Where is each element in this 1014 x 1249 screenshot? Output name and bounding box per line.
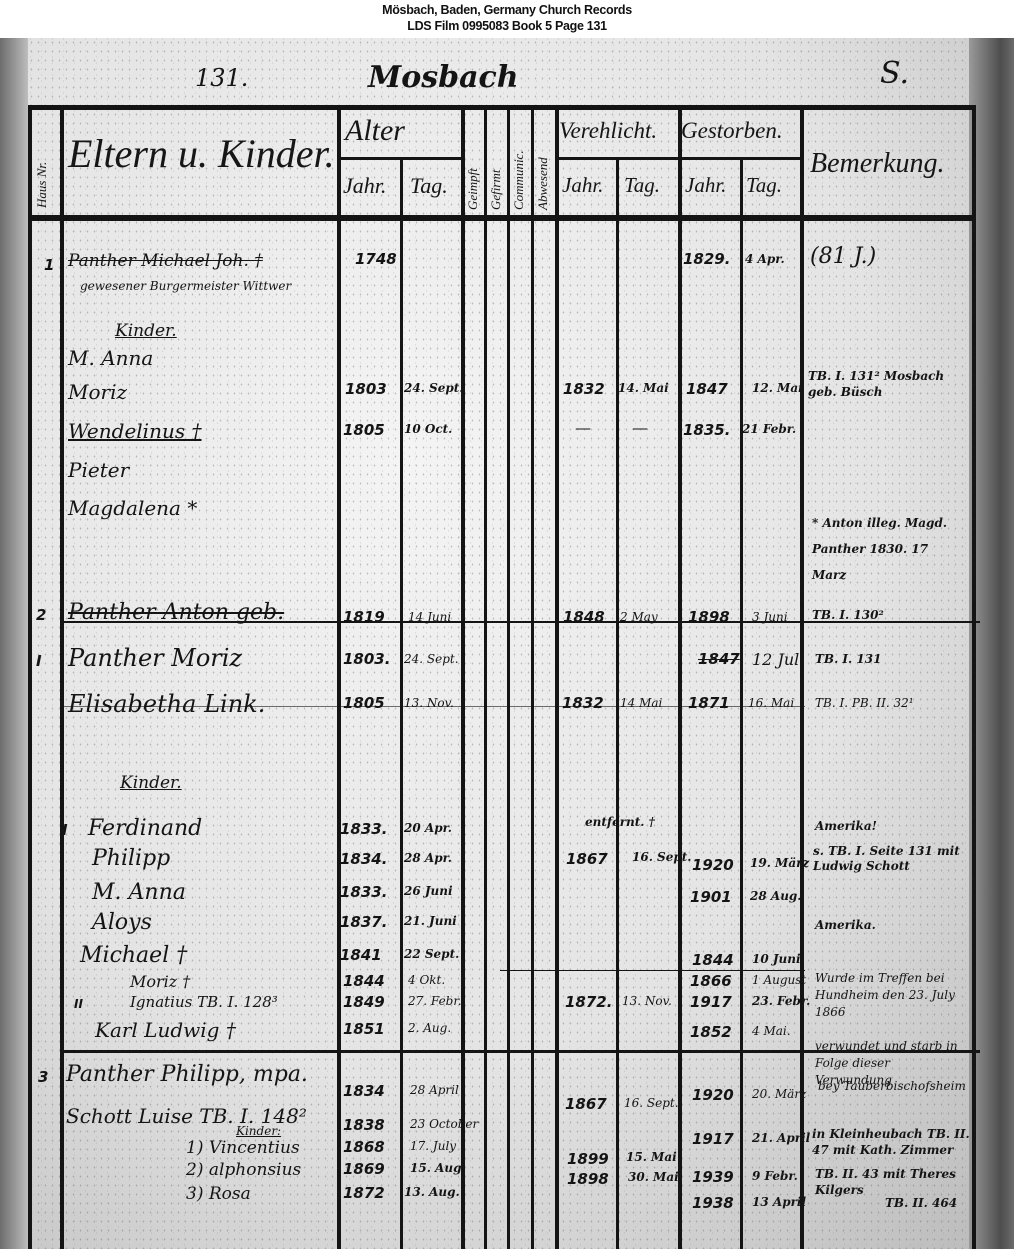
entry-name: Moriz † — [130, 972, 190, 991]
birth-day: 22 Sept. — [404, 947, 459, 961]
col-border-gest-jahr — [740, 157, 743, 1249]
married-year: 1898 — [567, 1170, 609, 1188]
entry-name: Moriz — [68, 380, 127, 404]
birth-year: 1844 — [343, 972, 385, 990]
remark: Wurde im Treffen bei Hundheim den 23. Ju… — [815, 970, 965, 1021]
haus-number-3: 3 — [38, 1068, 48, 1086]
row-line — [500, 970, 805, 971]
header-geimpft: Geimpft — [465, 168, 481, 210]
entry-name: M. Anna — [68, 346, 153, 370]
birth-day: 13. Nov. — [404, 696, 454, 710]
header-gest-tag: Tag. — [746, 173, 782, 198]
header-alter-jahr: Jahr. — [343, 173, 386, 199]
married-day: 16. Sept. — [624, 1096, 679, 1110]
birth-year: 1838 — [343, 1116, 385, 1134]
death-year: 1898 — [688, 608, 730, 626]
col-border-left — [28, 105, 32, 1249]
kinder-heading: Kinder. — [120, 773, 182, 793]
birth-year: 1833. — [340, 820, 387, 838]
place-name: Mosbach — [368, 60, 519, 95]
death-year: 1901 — [690, 888, 732, 906]
death-day: 20. März — [752, 1087, 806, 1101]
entry-name: Aloys — [92, 910, 152, 935]
married-year: 1867 — [565, 1095, 607, 1113]
remark: TB. II. 43 mit Theres Kilgers — [815, 1166, 970, 1198]
entry-note: gewesener Burgermeister Wittwer — [80, 279, 291, 293]
remark: in Kleinheubach TB. II. 47 mit Kath. Zim… — [812, 1126, 972, 1158]
death-day: 9 Febr. — [752, 1169, 798, 1183]
header-verehlicht: Verehlicht. — [559, 118, 657, 144]
birth-day: 26 Juni — [404, 884, 453, 898]
remark: s. TB. I. Seite 131 mit Ludwig Schott — [813, 844, 973, 874]
married-year: 1832 — [563, 380, 605, 398]
entry-name: Panther Anton geb. — [68, 600, 284, 625]
death-day: 1 August — [752, 973, 806, 987]
page-number: 131. — [195, 64, 248, 92]
col-border-geimpft — [484, 105, 487, 1249]
married-year: 1832 — [562, 694, 604, 712]
entry-name: M. Anna — [92, 880, 186, 905]
birth-year: 1868 — [343, 1138, 385, 1156]
birth-day: 14 Juni — [408, 610, 451, 624]
haus-number-2: 2 — [36, 606, 46, 624]
col-border-verehl-jahr — [616, 157, 619, 1249]
death-day: 21 Febr. — [742, 422, 796, 436]
birth-day: 21. Juni — [404, 914, 457, 928]
col-border-gest — [800, 105, 804, 1249]
death-year: 1835. — [683, 421, 730, 439]
remark: * Anton illeg. Magd. Panther 1830. 17 Ma… — [812, 510, 962, 588]
death-year: 1866 — [690, 972, 732, 990]
col-border-abwesend — [555, 105, 559, 1249]
header-bemerkung: Bemerkung. — [810, 148, 945, 180]
generation-marker: II — [74, 997, 83, 1011]
death-year: 1917 — [690, 993, 732, 1011]
entry-name: Ferdinand — [88, 816, 202, 841]
header-abwesend: Abwesend — [535, 157, 551, 210]
birth-day: 28 April — [410, 1083, 459, 1097]
death-year: 1847 — [686, 380, 728, 398]
birth-year: 1841 — [340, 946, 382, 964]
entry-name: Panther Michael Joh. † — [68, 251, 263, 271]
death-day: 3 Juni — [752, 610, 788, 624]
entry-name: Michael † — [80, 943, 187, 968]
header-verehl-tag: Tag. — [624, 173, 660, 198]
haus-number-1: 1 — [44, 256, 54, 274]
table-top-border — [28, 105, 976, 110]
header-eltern-kinder: Eltern u. Kinder. — [68, 130, 335, 177]
entry-name: Elisabetha Link. — [68, 690, 265, 718]
death-year: 1920 — [692, 1086, 734, 1104]
register-page: 131. Mosbach S. Haus Nr. Eltern u. Kinde… — [0, 38, 1014, 1249]
death-day: 28 Aug. — [750, 889, 801, 903]
col-border-verehl — [678, 105, 682, 1249]
married-day: 14. Mai — [618, 381, 669, 395]
married-year: 1872. — [565, 993, 612, 1011]
death-day: 4 Mai. — [752, 1024, 791, 1038]
header-verehl-jahr: Jahr. — [562, 173, 603, 198]
remark: TB. I. PB. II. 32¹ — [815, 696, 914, 710]
corner-mark: S. — [880, 56, 909, 91]
death-day: 23. Febr. — [752, 994, 810, 1008]
col-border-communic — [531, 105, 534, 1249]
kinder-heading: Kinder: — [236, 1124, 281, 1138]
birth-day: 24. Sept. — [404, 652, 459, 666]
birth-year: 1872 — [343, 1184, 385, 1202]
entry-name: Panther Moriz — [68, 644, 242, 672]
married-day: 30. Mai — [628, 1170, 679, 1184]
married-year: 1848 — [563, 608, 605, 626]
death-day: 12. Mai — [752, 381, 803, 395]
birth-year: 1805 — [343, 694, 385, 712]
header-bottom-border — [28, 215, 976, 221]
entry-name: 3) Rosa — [186, 1184, 251, 1204]
remark: TB. I. 131² Mosbach geb. Büsch — [808, 368, 973, 400]
header-communic: Communic. — [511, 150, 527, 210]
generation-marker: I — [36, 652, 42, 670]
birth-year: 1833. — [340, 883, 387, 901]
married-year: 1899 — [567, 1150, 609, 1168]
birth-day: 10 Oct. — [404, 422, 452, 436]
entry-name: Karl Ludwig † — [95, 1018, 236, 1042]
remark: TB. II. 464 — [885, 1196, 957, 1210]
birth-year: 1834. — [340, 850, 387, 868]
death-day: 16. Mai — [748, 696, 794, 710]
col-border-names — [337, 105, 341, 1249]
birth-year: 1805 — [343, 421, 385, 439]
birth-year: 1837. — [340, 913, 387, 931]
birth-day: 17. July — [410, 1139, 456, 1153]
generation-marker: I — [62, 821, 68, 839]
death-year: 1939 — [692, 1168, 734, 1186]
death-year: 1852 — [690, 1023, 732, 1041]
birth-day: 13. Aug. — [404, 1185, 460, 1199]
col-border-alter — [461, 105, 465, 1249]
married-year: 1867 — [566, 850, 608, 868]
remark: Amerika. — [815, 918, 876, 932]
birth-year: 1819 — [343, 608, 385, 626]
remark: TB. I. 130² — [812, 608, 884, 622]
birth-day: 20 Apr. — [404, 821, 452, 835]
birth-year: 1803. — [343, 650, 390, 668]
remark: (81 J.) — [810, 244, 876, 269]
death-year: 1920 — [692, 856, 734, 874]
death-year: 1917 — [692, 1130, 734, 1148]
married-day: 16. Sept. — [632, 850, 691, 864]
birth-day: 27. Febr. — [408, 994, 462, 1008]
married-year: — — [575, 418, 591, 437]
header-haus-nr: Haus Nr. — [34, 162, 50, 208]
birth-year: 1748 — [355, 250, 397, 268]
birth-year: 1834 — [343, 1082, 385, 1100]
col-border-alter-jahr — [400, 157, 403, 1249]
married-day: 2 May — [620, 610, 658, 624]
col-border-gefirmt — [507, 105, 510, 1249]
birth-day: 28 Apr. — [404, 851, 452, 865]
death-day: 10 Juni — [752, 952, 801, 966]
entry-name: Philipp — [92, 846, 170, 871]
death-day: 21. April — [752, 1131, 810, 1145]
entry-name: Wendelinus † — [68, 419, 201, 443]
birth-day: 24. Sept. — [404, 381, 463, 395]
remark: Amerika! — [815, 819, 877, 833]
death-year: 1871 — [688, 694, 730, 712]
married-day: — — [632, 418, 648, 437]
death-year: 1847 — [698, 650, 740, 668]
death-day: 13 April — [752, 1195, 806, 1209]
entry-name: 2) alphonsius — [186, 1160, 301, 1180]
entry-name: Pieter — [68, 458, 129, 482]
birth-day: 4 Okt. — [408, 973, 445, 987]
birth-day: 15. Aug. — [410, 1161, 466, 1175]
page-left-edge — [0, 38, 28, 1249]
entry-name: Ignatius TB. I. 128³ — [130, 993, 278, 1011]
header-gestorben: Gestorben. — [681, 118, 783, 144]
header-alter: Alter — [345, 114, 405, 148]
header-alter-tag: Tag. — [410, 173, 448, 199]
entfernt-note: entfernt. † — [585, 815, 655, 829]
married-day: 15. Mai — [626, 1150, 677, 1164]
married-day: 13. Nov. — [622, 994, 672, 1008]
col-border-right — [972, 105, 976, 1249]
death-day: 12 Jul. — [752, 650, 804, 669]
entry-name: Magdalena * — [68, 496, 197, 520]
birth-day: 23 October — [410, 1117, 478, 1131]
death-year: 1938 — [692, 1194, 734, 1212]
birth-year: 1803 — [345, 380, 387, 398]
birth-year: 1849 — [343, 993, 385, 1011]
birth-year: 1869 — [343, 1160, 385, 1178]
birth-day: 2. Aug. — [408, 1021, 451, 1035]
death-year: 1829. — [683, 250, 730, 268]
entry-name: Panther Philipp, mpa. — [66, 1062, 308, 1087]
remark: bey Tauberbischofsheim — [818, 1078, 968, 1095]
married-day: 14 Mai — [620, 696, 662, 710]
kinder-heading: Kinder. — [115, 321, 177, 341]
header-gefirmt: Gefirmt — [488, 170, 504, 210]
record-caption-title: Mösbach, Baden, Germany Church Records — [0, 3, 1014, 17]
death-year: 1844 — [692, 951, 734, 969]
birth-year: 1851 — [343, 1020, 385, 1038]
death-day: 19. März — [750, 856, 809, 870]
record-caption-film: LDS Film 0995083 Book 5 Page 131 — [0, 19, 1014, 33]
col-border-haus — [60, 105, 64, 1249]
header-gest-jahr: Jahr. — [685, 173, 726, 198]
death-day: 4 Apr. — [745, 252, 785, 266]
remark: TB. I. 131 — [815, 652, 881, 666]
entry-name: 1) Vincentius — [186, 1138, 300, 1158]
